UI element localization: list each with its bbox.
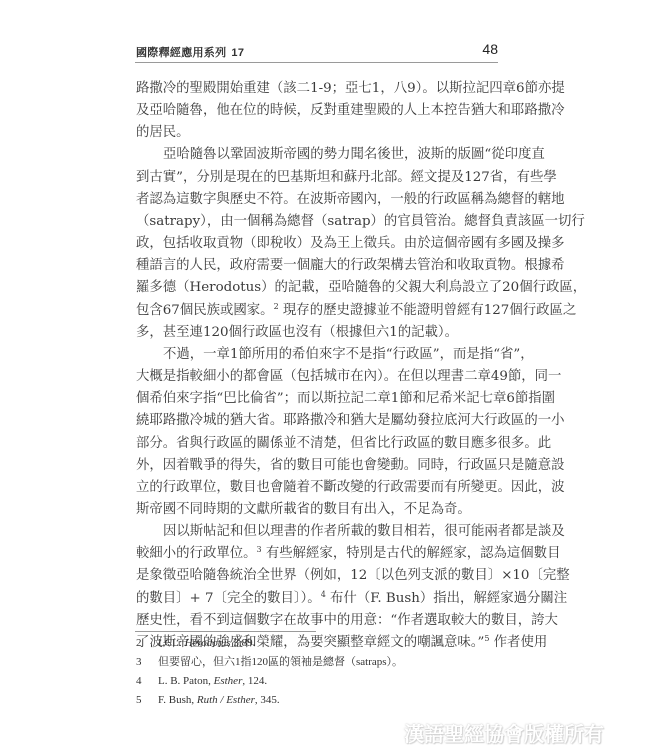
text-line-content: 政，包括收取貢物（即稅收）及為王上徵兵。由於這個帝國有多國及操多 bbox=[136, 236, 565, 251]
text-line-content: 繞耶路撒冷城的猶大省。耶路撒冷和猶大是屬幼發拉底河大行政區的一小 bbox=[136, 413, 565, 428]
footnote-text-part: 但要留心，但六1指120區的領袖是總督（satraps）。 bbox=[158, 656, 403, 668]
text-line-content: 歷史性，看不到這個數字在故事中的用意：“作者選取較大的數目，誇大 bbox=[136, 613, 558, 628]
text-line: 個希伯來字指“巴比倫省”；而以斯拉記二章1節和尼希米記七章6節指圍 bbox=[136, 388, 500, 410]
footnote-number: 4 bbox=[136, 674, 158, 688]
footnote-separator bbox=[135, 631, 316, 632]
text-line: 較細小的行政單位。3 有些解經家，特別是古代的解經家，認為這個數目 bbox=[136, 543, 500, 565]
text-line: 因以斯帖記和但以理書的作者所載的數目相若，很可能兩者都是談及 bbox=[136, 521, 500, 543]
text-line: 羅多德（Herodotus）的記載，亞哈隨魯的父親大利烏設立了20個行政區， bbox=[136, 277, 500, 299]
text-line: 部分。省與行政區的關係並不清楚，但省比行政區的數目應多很多。此 bbox=[136, 433, 500, 455]
footnote-number: 2 bbox=[136, 636, 158, 650]
text-line: 到古實”，分別是現在的巴基斯坦和蘇丹北部。經文提及127省，有些學 bbox=[136, 167, 500, 189]
page-number: 48 bbox=[482, 41, 498, 57]
text-line: 的數目〕+ 7〔完全的數目〕）。4 布什（F. Bush）指出，解經家過分關注 bbox=[136, 588, 500, 610]
footnote-title-italic: Ruth / Esther bbox=[197, 694, 255, 706]
text-line-content: 斯帝國不同時期的文獻所載省的數目有出入，不足為奇。 bbox=[136, 502, 471, 517]
footnote-item: 3但要留心，但六1指120區的領袖是總督（satraps）。 bbox=[136, 655, 496, 674]
footnote-title-italic: Herodotus bbox=[185, 637, 231, 649]
text-line-content: 羅多德（Herodotus）的記載，亞哈隨魯的父親大利烏設立了20個行政區， bbox=[136, 280, 586, 295]
text-line: 政，包括收取貢物（即稅收）及為王上徵兵。由於這個帝國有多國及操多 bbox=[136, 233, 500, 255]
footnote-text: 但要留心，但六1指120區的領袖是總督（satraps）。 bbox=[158, 656, 403, 668]
text-line: 路撒冷的聖殿開始重建（該二1-9；亞七1，八9）。以斯拉記四章6節亦提 bbox=[136, 78, 500, 100]
copyright-watermark: 漢語聖經協會版權所有 bbox=[404, 718, 604, 747]
footnote-text-part: 3.89. bbox=[231, 637, 256, 649]
footnote-item: 4L. B. Paton, Esther, 124. bbox=[136, 674, 496, 693]
footnote-text: L. B. Paton, Esther, 124. bbox=[158, 675, 267, 687]
text-line: 包含67個民族或國家。2 現存的歷史證據並不能證明曾經有127個行政區之 bbox=[136, 300, 500, 322]
footnote-number: 3 bbox=[136, 655, 158, 669]
text-line-content: 路撒冷的聖殿開始重建（該二1-9；亞七1，八9）。以斯拉記四章6節亦提 bbox=[136, 81, 565, 96]
text-line-content: 個希伯來字指“巴比倫省”；而以斯拉記二章1節和尼希米記七章6節指圍 bbox=[136, 391, 555, 406]
text-line-continuation: 布什（F. Bush）指出，解經家過分關注 bbox=[326, 591, 567, 606]
text-line: 是象徵亞哈隨魯統治全世界（例如，12〔以色列支派的數目〕×10〔完整 bbox=[136, 565, 500, 587]
text-line-content: 外，因着戰爭的得失，省的數目可能也會變動。同時，行政區只是隨意設 bbox=[136, 458, 565, 473]
text-line: 斯帝國不同時期的文獻所載省的數目有出入，不足為奇。 bbox=[136, 499, 500, 521]
text-line: 者認為這數字與歷史不符。在波斯帝國內，一般的行政區稱為總督的轄地 bbox=[136, 189, 500, 211]
footnote-text-part: F. Bush, bbox=[158, 694, 197, 706]
footnote-text: F. Bush, Ruth / Esther, 345. bbox=[158, 694, 280, 706]
footnote-title-italic: Esther bbox=[214, 675, 243, 687]
text-line: （satrapy），由一個稱為總督（satrap）的官員管治。總督負責該區一切行 bbox=[136, 211, 500, 233]
text-line-content: 到古實”，分別是現在的巴基斯坦和蘇丹北部。經文提及127省，有些學 bbox=[136, 170, 557, 185]
series-title: 國際釋經應用系列17 bbox=[136, 44, 244, 60]
text-line-content: 包含67個民族或國家。 bbox=[136, 303, 274, 318]
footnote-text-part: L. B. Paton, bbox=[158, 675, 214, 687]
text-line-content: 部分。省與行政區的關係並不清楚，但省比行政區的數目應多很多。此 bbox=[136, 436, 551, 451]
text-line: 及亞哈隨魯，他在位的時候，反對重建聖殿的人上本控告猶大和耶路撒冷 bbox=[136, 100, 500, 122]
text-line-content: 者認為這數字與歷史不符。在波斯帝國內，一般的行政區稱為總督的轄地 bbox=[136, 192, 565, 207]
text-line: 不過，一章1節所用的希伯來字不是指“行政區”，而是指“省”， bbox=[136, 344, 500, 366]
text-line-content: 的數目〕+ 7〔完全的數目〕）。 bbox=[136, 591, 321, 606]
text-line: 的居民。 bbox=[136, 122, 500, 144]
text-line: 種語言的人民，政府需要一個龐大的行政架構去管治和收取貢物。根據希 bbox=[136, 255, 500, 277]
footnote-item: 5F. Bush, Ruth / Esther, 345. bbox=[136, 693, 496, 712]
text-line: 歷史性，看不到這個數字在故事中的用意：“作者選取較大的數目，誇大 bbox=[136, 610, 500, 632]
footnotes: 2LCL: Herodotus 3.89.3但要留心，但六1指120區的領袖是總… bbox=[136, 636, 496, 712]
body-text: 路撒冷的聖殿開始重建（該二1-9；亞七1，八9）。以斯拉記四章6節亦提及亞哈隨魯… bbox=[136, 78, 500, 654]
footnote-text-part: LCL: bbox=[158, 637, 185, 649]
text-line: 多，甚至連120個行政區也沒有（根據但六1的記載）。 bbox=[136, 322, 500, 344]
text-line-content: 大概是指較細小的都會區（包括城市在內）。在但以理書二章49節，同一 bbox=[136, 369, 561, 384]
text-line: 繞耶路撒冷城的猶大省。耶路撒冷和猶大是屬幼發拉底河大行政區的一小 bbox=[136, 410, 500, 432]
text-line-content: 是象徵亞哈隨魯統治全世界（例如，12〔以色列支派的數目〕×10〔完整 bbox=[136, 568, 570, 583]
footnote-text-part: , 345. bbox=[255, 694, 280, 706]
text-line-continuation: 現存的歷史證據並不能證明曾經有127個行政區之 bbox=[279, 303, 577, 318]
text-line-content: 不過，一章1節所用的希伯來字不是指“行政區”，而是指“省”， bbox=[163, 347, 534, 362]
footnote-item: 2LCL: Herodotus 3.89. bbox=[136, 636, 496, 655]
text-line-content: 的居民。 bbox=[136, 125, 190, 140]
text-line: 外，因着戰爭的得失，省的數目可能也會變動。同時，行政區只是隨意設 bbox=[136, 455, 500, 477]
text-line: 亞哈隨魯以鞏固波斯帝國的勢力聞名後世，波斯的版圖“從印度直 bbox=[136, 144, 500, 166]
text-line-content: 種語言的人民，政府需要一個龐大的行政架構去管治和收取貢物。根據希 bbox=[136, 258, 565, 273]
volume-number: 17 bbox=[231, 47, 244, 59]
text-line-content: （satrapy），由一個稱為總督（satrap）的官員管治。總督負責該區一切行 bbox=[136, 214, 585, 229]
text-line-content: 亞哈隨魯以鞏固波斯帝國的勢力聞名後世，波斯的版圖“從印度直 bbox=[163, 147, 545, 162]
text-line-content: 及亞哈隨魯，他在位的時候，反對重建聖殿的人上本控告猶大和耶路撒冷 bbox=[136, 103, 565, 118]
text-line-content: 多，甚至連120個行政區也沒有（根據但六1的記載）。 bbox=[136, 325, 458, 340]
text-line-content: 因以斯帖記和但以理書的作者所載的數目相若，很可能兩者都是談及 bbox=[163, 524, 565, 539]
footnote-text-part: , 124. bbox=[242, 675, 267, 687]
text-line-content: 立的行政單位，數目也會隨着不斷改變的行政需要而有所變更。因此，波 bbox=[136, 480, 565, 495]
footnote-text: LCL: Herodotus 3.89. bbox=[158, 637, 255, 649]
running-header: 國際釋經應用系列17 48 bbox=[135, 41, 498, 63]
text-line-continuation: 有些解經家，特別是古代的解經家，認為這個數目 bbox=[262, 546, 561, 561]
text-line: 大概是指較細小的都會區（包括城市在內）。在但以理書二章49節，同一 bbox=[136, 366, 500, 388]
text-line-continuation: 作者使用 bbox=[489, 635, 547, 650]
text-line: 立的行政單位，數目也會隨着不斷改變的行政需要而有所變更。因此，波 bbox=[136, 477, 500, 499]
footnote-number: 5 bbox=[136, 693, 158, 707]
series-title-text: 國際釋經應用系列 bbox=[136, 47, 226, 59]
text-line-content: 較細小的行政單位。 bbox=[136, 546, 257, 561]
